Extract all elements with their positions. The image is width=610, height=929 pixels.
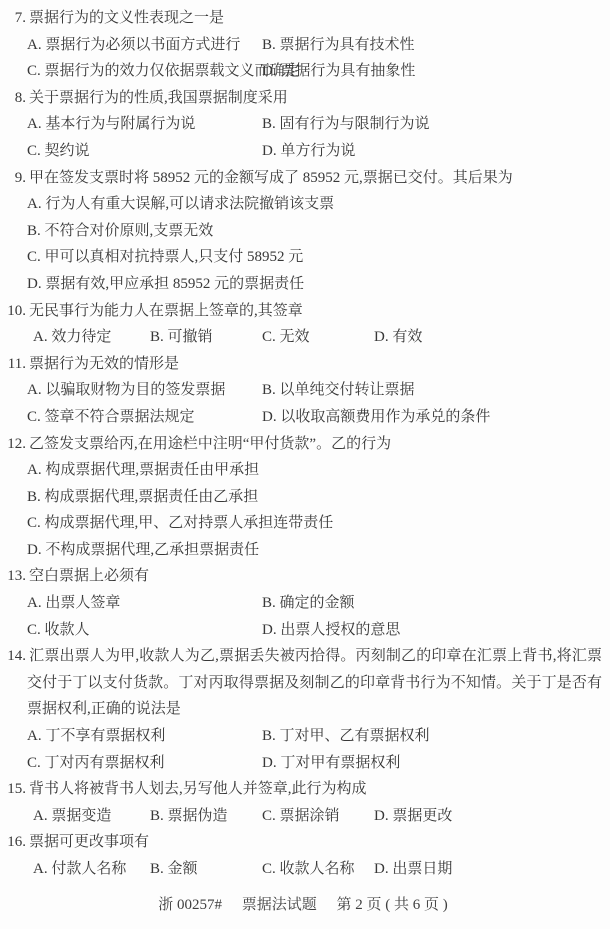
option: A. 票据行为必须以书面方式进行	[27, 32, 262, 59]
question-stem-text: 票据行为无效的情形是	[29, 356, 179, 372]
question-stem: 10.无民事行为能力人在票据上签章的,其签章	[4, 298, 602, 325]
question-9-options: A. 行为人有重大误解,可以请求法院撤销该支票 B. 不符合对价原则,支票无效 …	[4, 191, 602, 297]
exam-code: 浙 00257#	[158, 892, 222, 919]
question-stem: 16.票据可更改事项有	[4, 829, 602, 856]
option: D. 单方行为说	[262, 138, 602, 165]
option: D. 出票人授权的意思	[262, 617, 602, 644]
option: B. 固有行为与限制行为说	[262, 111, 602, 138]
option: C. 无效	[262, 324, 374, 351]
option: C. 构成票据代理,甲、乙对持票人承担连带责任	[27, 510, 602, 537]
option: C. 收款人名称	[262, 856, 374, 883]
question-12-options: A. 构成票据代理,票据责任由甲承担 B. 构成票据代理,票据责任由乙承担 C.…	[4, 457, 602, 563]
page-indicator: 第 2 页 ( 共 6 页 )	[337, 892, 448, 919]
option: B. 票据行为具有技术性	[262, 32, 602, 59]
option: B. 金额	[150, 856, 262, 883]
option: D. 出票日期	[374, 856, 602, 883]
question-8-options: A. 基本行为与附属行为说 B. 固有行为与限制行为说 C. 契约说 D. 单方…	[4, 111, 602, 164]
exam-page: 7.票据行为的文义性表现之一是 A. 票据行为必须以书面方式进行 B. 票据行为…	[0, 0, 610, 929]
question-number: 14.	[4, 643, 29, 670]
question-16: 16.票据可更改事项有 A. 付款人名称 B. 金额 C. 收款人名称 D. 出…	[4, 829, 602, 882]
question-stem-text: 甲在签发支票时将 58952 元的金额写成了 85952 元,票据已交付。其后果…	[29, 170, 513, 186]
option: B. 不符合对价原则,支票无效	[27, 218, 602, 245]
option: D. 票据有效,甲应承担 85952 元的票据责任	[27, 271, 602, 298]
question-stem: 7.票据行为的文义性表现之一是	[4, 5, 602, 32]
option: A. 以骗取财物为目的签发票据	[27, 377, 262, 404]
question-7: 7.票据行为的文义性表现之一是 A. 票据行为必须以书面方式进行 B. 票据行为…	[4, 5, 602, 85]
option: B. 以单纯交付转让票据	[262, 377, 602, 404]
option: C. 签章不符合票据法规定	[27, 404, 262, 431]
question-13-options: A. 出票人签章 B. 确定的金额 C. 收款人 D. 出票人授权的意思	[4, 590, 602, 643]
question-14-options: A. 丁不享有票据权利 B. 丁对甲、乙有票据权利 C. 丁对丙有票据权利 D.…	[4, 723, 602, 776]
question-stem: 9.甲在签发支票时将 58952 元的金额写成了 85952 元,票据已交付。其…	[4, 165, 602, 192]
question-13: 13.空白票据上必须有 A. 出票人签章 B. 确定的金额 C. 收款人 D. …	[4, 563, 602, 643]
question-10-options: A. 效力待定 B. 可撤销 C. 无效 D. 有效	[4, 324, 602, 351]
question-stem: 8.关于票据行为的性质,我国票据制度采用	[4, 85, 602, 112]
question-11-options: A. 以骗取财物为目的签发票据 B. 以单纯交付转让票据 C. 签章不符合票据法…	[4, 377, 602, 430]
option: A. 付款人名称	[33, 856, 150, 883]
question-number: 11.	[4, 351, 29, 378]
question-number: 10.	[4, 298, 29, 325]
question-stem-text: 票据可更改事项有	[29, 834, 149, 850]
question-stem: 13.空白票据上必须有	[4, 563, 602, 590]
question-stem: 14.汇票出票人为甲,收款人为乙,票据丢失被丙拾得。丙刻制乙的印章在汇票上背书,…	[4, 643, 602, 723]
question-9: 9.甲在签发支票时将 58952 元的金额写成了 85952 元,票据已交付。其…	[4, 165, 602, 298]
question-8: 8.关于票据行为的性质,我国票据制度采用 A. 基本行为与附属行为说 B. 固有…	[4, 85, 602, 165]
option: C. 契约说	[27, 138, 262, 165]
question-number: 15.	[4, 776, 29, 803]
question-number: 8.	[4, 85, 29, 112]
question-number: 9.	[4, 165, 29, 192]
option: D. 票据行为具有抽象性	[262, 58, 602, 85]
question-15-options: A. 票据变造 B. 票据伪造 C. 票据涂销 D. 票据更改	[4, 803, 602, 830]
option: A. 出票人签章	[27, 590, 262, 617]
option: B. 可撤销	[150, 324, 262, 351]
option: D. 票据更改	[374, 803, 602, 830]
option: A. 丁不享有票据权利	[27, 723, 262, 750]
question-14: 14.汇票出票人为甲,收款人为乙,票据丢失被丙拾得。丙刻制乙的印章在汇票上背书,…	[4, 643, 602, 776]
option: C. 票据涂销	[262, 803, 374, 830]
option: A. 票据变造	[33, 803, 150, 830]
option: A. 行为人有重大误解,可以请求法院撤销该支票	[27, 191, 602, 218]
question-stem-text: 无民事行为能力人在票据上签章的,其签章	[29, 303, 303, 319]
question-12: 12.乙签发支票给丙,在用途栏中注明“甲付货款”。乙的行为 A. 构成票据代理,…	[4, 431, 602, 564]
option: B. 确定的金额	[262, 590, 602, 617]
question-10: 10.无民事行为能力人在票据上签章的,其签章 A. 效力待定 B. 可撤销 C.…	[4, 298, 602, 351]
option: C. 甲可以真相对抗持票人,只支付 58952 元	[27, 244, 602, 271]
option: B. 丁对甲、乙有票据权利	[262, 723, 602, 750]
option: C. 丁对丙有票据权利	[27, 750, 262, 777]
option: D. 不构成票据代理,乙承担票据责任	[27, 537, 602, 564]
option: C. 票据行为的效力仅依据票载文义而确定	[27, 58, 262, 85]
exam-title: 票据法试题	[242, 892, 317, 919]
option: B. 票据伪造	[150, 803, 262, 830]
option: A. 构成票据代理,票据责任由甲承担	[27, 457, 602, 484]
question-16-options: A. 付款人名称 B. 金额 C. 收款人名称 D. 出票日期	[4, 856, 602, 883]
page-footer: 浙 00257# 票据法试题 第 2 页 ( 共 6 页 )	[4, 892, 602, 919]
question-7-options: A. 票据行为必须以书面方式进行 B. 票据行为具有技术性 C. 票据行为的效力…	[4, 32, 602, 85]
option: D. 有效	[374, 324, 602, 351]
question-stem-text: 空白票据上必须有	[29, 568, 149, 584]
option: D. 以收取高额费用作为承兑的条件	[262, 404, 602, 431]
question-number: 16.	[4, 829, 29, 856]
question-stem-text: 背书人将被背书人划去,另写他人并签章,此行为构成	[29, 781, 367, 797]
option: D. 丁对甲有票据权利	[262, 750, 602, 777]
question-stem-text: 汇票出票人为甲,收款人为乙,票据丢失被丙拾得。丙刻制乙的印章在汇票上背书,将汇票…	[27, 648, 602, 717]
question-stem-text: 关于票据行为的性质,我国票据制度采用	[29, 90, 288, 106]
question-stem-text: 票据行为的文义性表现之一是	[29, 10, 224, 26]
question-stem: 12.乙签发支票给丙,在用途栏中注明“甲付货款”。乙的行为	[4, 431, 602, 458]
option: C. 收款人	[27, 617, 262, 644]
question-number: 12.	[4, 431, 29, 458]
option: B. 构成票据代理,票据责任由乙承担	[27, 484, 602, 511]
question-stem: 15.背书人将被背书人划去,另写他人并签章,此行为构成	[4, 776, 602, 803]
question-number: 13.	[4, 563, 29, 590]
option: A. 基本行为与附属行为说	[27, 111, 262, 138]
question-stem-text: 乙签发支票给丙,在用途栏中注明“甲付货款”。乙的行为	[29, 436, 391, 452]
option: A. 效力待定	[33, 324, 150, 351]
question-stem: 11.票据行为无效的情形是	[4, 351, 602, 378]
question-15: 15.背书人将被背书人划去,另写他人并签章,此行为构成 A. 票据变造 B. 票…	[4, 776, 602, 829]
question-11: 11.票据行为无效的情形是 A. 以骗取财物为目的签发票据 B. 以单纯交付转让…	[4, 351, 602, 431]
question-number: 7.	[4, 5, 29, 32]
